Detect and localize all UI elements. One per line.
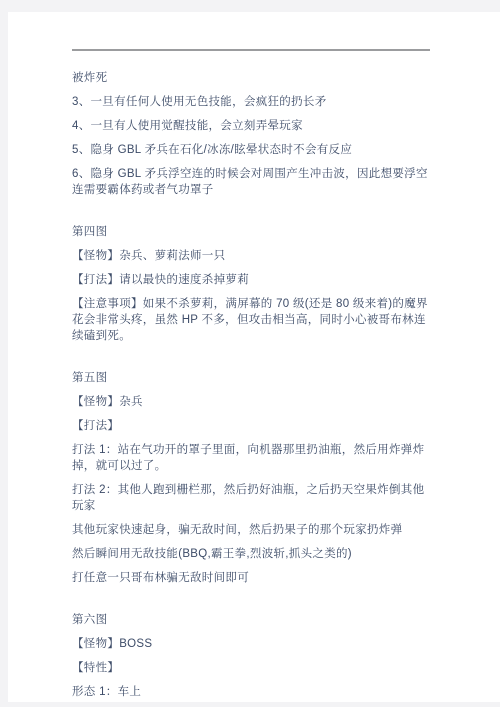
viewer-background: 被炸死 3、一旦有任何人使用无色技能，会疯狂的扔长矛 4、一旦有人使用觉醒技能，… (0, 0, 500, 707)
paragraph: 【怪物】杂兵、萝莉法师一只 (72, 248, 430, 264)
document-content: 被炸死 3、一旦有任何人使用无色技能，会疯狂的扔长矛 4、一旦有人使用觉醒技能，… (72, 12, 430, 707)
paragraph: 被炸死 (72, 70, 430, 86)
paragraph: 6、隐身 GBL 矛兵浮空连的时候会对周围产生冲击波，因此想要浮空连需要霸体药或… (72, 166, 430, 198)
paragraph: 【注意事项】如果不杀萝莉，满屏幕的 70 级(还是 80 级来着)的魔界花会非常… (72, 296, 430, 344)
paragraph: 【怪物】杂兵 (72, 394, 430, 410)
section-title: 第五图 (72, 370, 430, 386)
paragraph: 【打法】请以最快的速度杀掉萝莉 (72, 272, 430, 288)
section-title: 第四图 (72, 224, 430, 240)
paragraph: 5、隐身 GBL 矛兵在石化/冰冻/眩晕状态时不会有反应 (72, 142, 430, 158)
document-page: 被炸死 3、一旦有任何人使用无色技能，会疯狂的扔长矛 4、一旦有人使用觉醒技能，… (8, 12, 500, 702)
paragraph: 打法 1：站在气功开的罩子里面，向机器那里扔油瓶，然后用炸弹炸掉，就可以过了。 (72, 442, 430, 474)
paragraph: 4、一旦有人使用觉醒技能，会立刻弄晕玩家 (72, 118, 430, 134)
paragraph: 然后瞬间用无敌技能(BBQ,霸王拳,烈波斩,抓头之类的) (72, 546, 430, 562)
paragraph: 【特性】 (72, 660, 430, 676)
paragraph: 形态 1：车上 (72, 684, 430, 700)
paragraph: 打法 2：其他人跑到栅栏那，然后扔好油瓶，之后扔天空果炸倒其他玩家 (72, 482, 430, 514)
paragraph: 【打法】 (72, 418, 430, 434)
paragraph: 其他玩家快速起身，骗无敌时间，然后扔果子的那个玩家扔炸弹 (72, 522, 430, 538)
section-title: 第六图 (72, 612, 430, 628)
paragraph: 3、一旦有任何人使用无色技能，会疯狂的扔长矛 (72, 94, 430, 110)
paragraph: 【怪物】BOSS (72, 636, 430, 652)
divider (72, 49, 430, 51)
paragraph: 打任意一只哥布林骗无敌时间即可 (72, 570, 430, 586)
